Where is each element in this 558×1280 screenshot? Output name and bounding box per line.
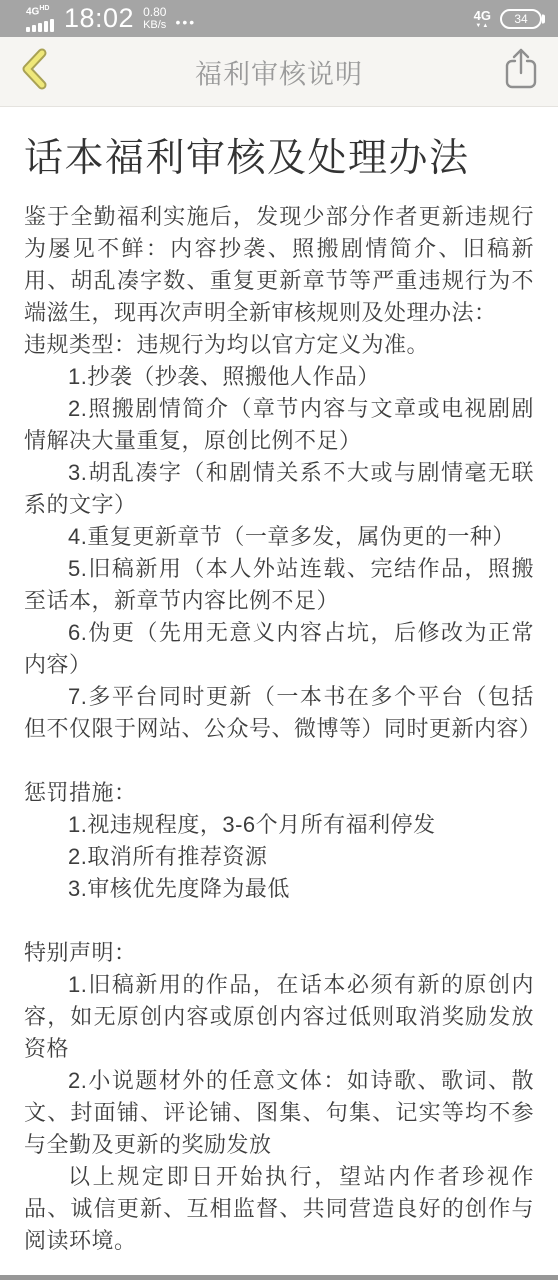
battery-percent: 34 [514, 12, 527, 26]
network-speed: 0.80 KB/s [143, 6, 166, 31]
battery-indicator: 34 [500, 9, 542, 29]
article-paragraph: 2.照搬剧情简介（章节内容与文章或电视剧剧情解决大量重复，原创比例不足） [24, 393, 534, 457]
article-paragraph: 惩罚措施： [24, 777, 534, 809]
article-paragraph: 违规类型：违规行为均以官方定义为准。 [24, 329, 534, 361]
home-gesture-bar [0, 1275, 558, 1280]
article-paragraph: 2.取消所有推荐资源 [24, 841, 534, 873]
signal-strength-icon: 4GHD [26, 5, 54, 31]
article-paragraph: 特别声明： [24, 937, 534, 969]
paragraph-gap [24, 745, 534, 777]
article-paragraph: 1.旧稿新用的作品，在话本必须有新的原创内容，如无原创内容或原创内容过低则取消奖… [24, 969, 534, 1065]
article-paragraph: 3.胡乱凑字（和剧情关系不大或与剧情毫无联系的文字） [24, 457, 534, 521]
article-body: 鉴于全勤福利实施后，发现少部分作者更新违规行为屡见不鲜：内容抄袭、照搬剧情简介、… [24, 201, 534, 1257]
notification-dots-icon: ••• [175, 8, 196, 30]
share-button[interactable] [496, 48, 540, 96]
article-paragraph: 4.重复更新章节（一章多发，属伪更的一种） [24, 521, 534, 553]
status-bar: 4GHD 18:02 0.80 KB/s ••• 4G ▼▲ 34 [0, 0, 558, 37]
network-speed-unit: KB/s [143, 19, 166, 31]
data-updown-arrows-icon: ▼▲ [475, 23, 489, 29]
article-content: 话本福利审核及处理办法 鉴于全勤福利实施后，发现少部分作者更新违规行为屡见不鲜：… [0, 134, 558, 1257]
article-paragraph: 鉴于全勤福利实施后，发现少部分作者更新违规行为屡见不鲜：内容抄袭、照搬剧情简介、… [24, 201, 534, 329]
article-paragraph: 1.抄袭（抄袭、照搬他人作品） [24, 361, 534, 393]
network-speed-value: 0.80 [143, 6, 166, 19]
back-button[interactable] [18, 48, 68, 96]
article-paragraph: 7.多平台同时更新（一本书在多个平台（包括但不仅限于网站、公众号、微博等）同时更… [24, 681, 534, 745]
network-type-label: 4GHD [26, 5, 49, 17]
article-paragraph: 3.审核优先度降为最低 [24, 873, 534, 905]
page-title: 福利审核说明 [195, 52, 363, 91]
share-icon [502, 46, 540, 97]
article-paragraph: 5.旧稿新用（本人外站连载、完结作品，照搬至话本，新章节内容比例不足） [24, 553, 534, 617]
article-paragraph: 1.视违规程度，3-6个月所有福利停发 [24, 809, 534, 841]
article-paragraph: 以上规定即日开始执行，望站内作者珍视作品、诚信更新、互相监督、共同营造良好的创作… [24, 1161, 534, 1257]
nav-bar: 福利审核说明 [0, 37, 558, 107]
article-title: 话本福利审核及处理办法 [24, 134, 534, 185]
back-chevron-icon [18, 47, 52, 96]
mobile-data-icon: 4G ▼▲ [474, 9, 491, 29]
article-paragraph: 6.伪更（先用无意义内容占坑，后修改为正常内容） [24, 617, 534, 681]
paragraph-gap [24, 905, 534, 937]
clock-time: 18:02 [64, 3, 134, 34]
signal-bars-icon [26, 19, 54, 32]
article-paragraph: 2.小说题材外的任意文体：如诗歌、歌词、散文、封面铺、评论铺、图集、句集、记实等… [24, 1065, 534, 1161]
